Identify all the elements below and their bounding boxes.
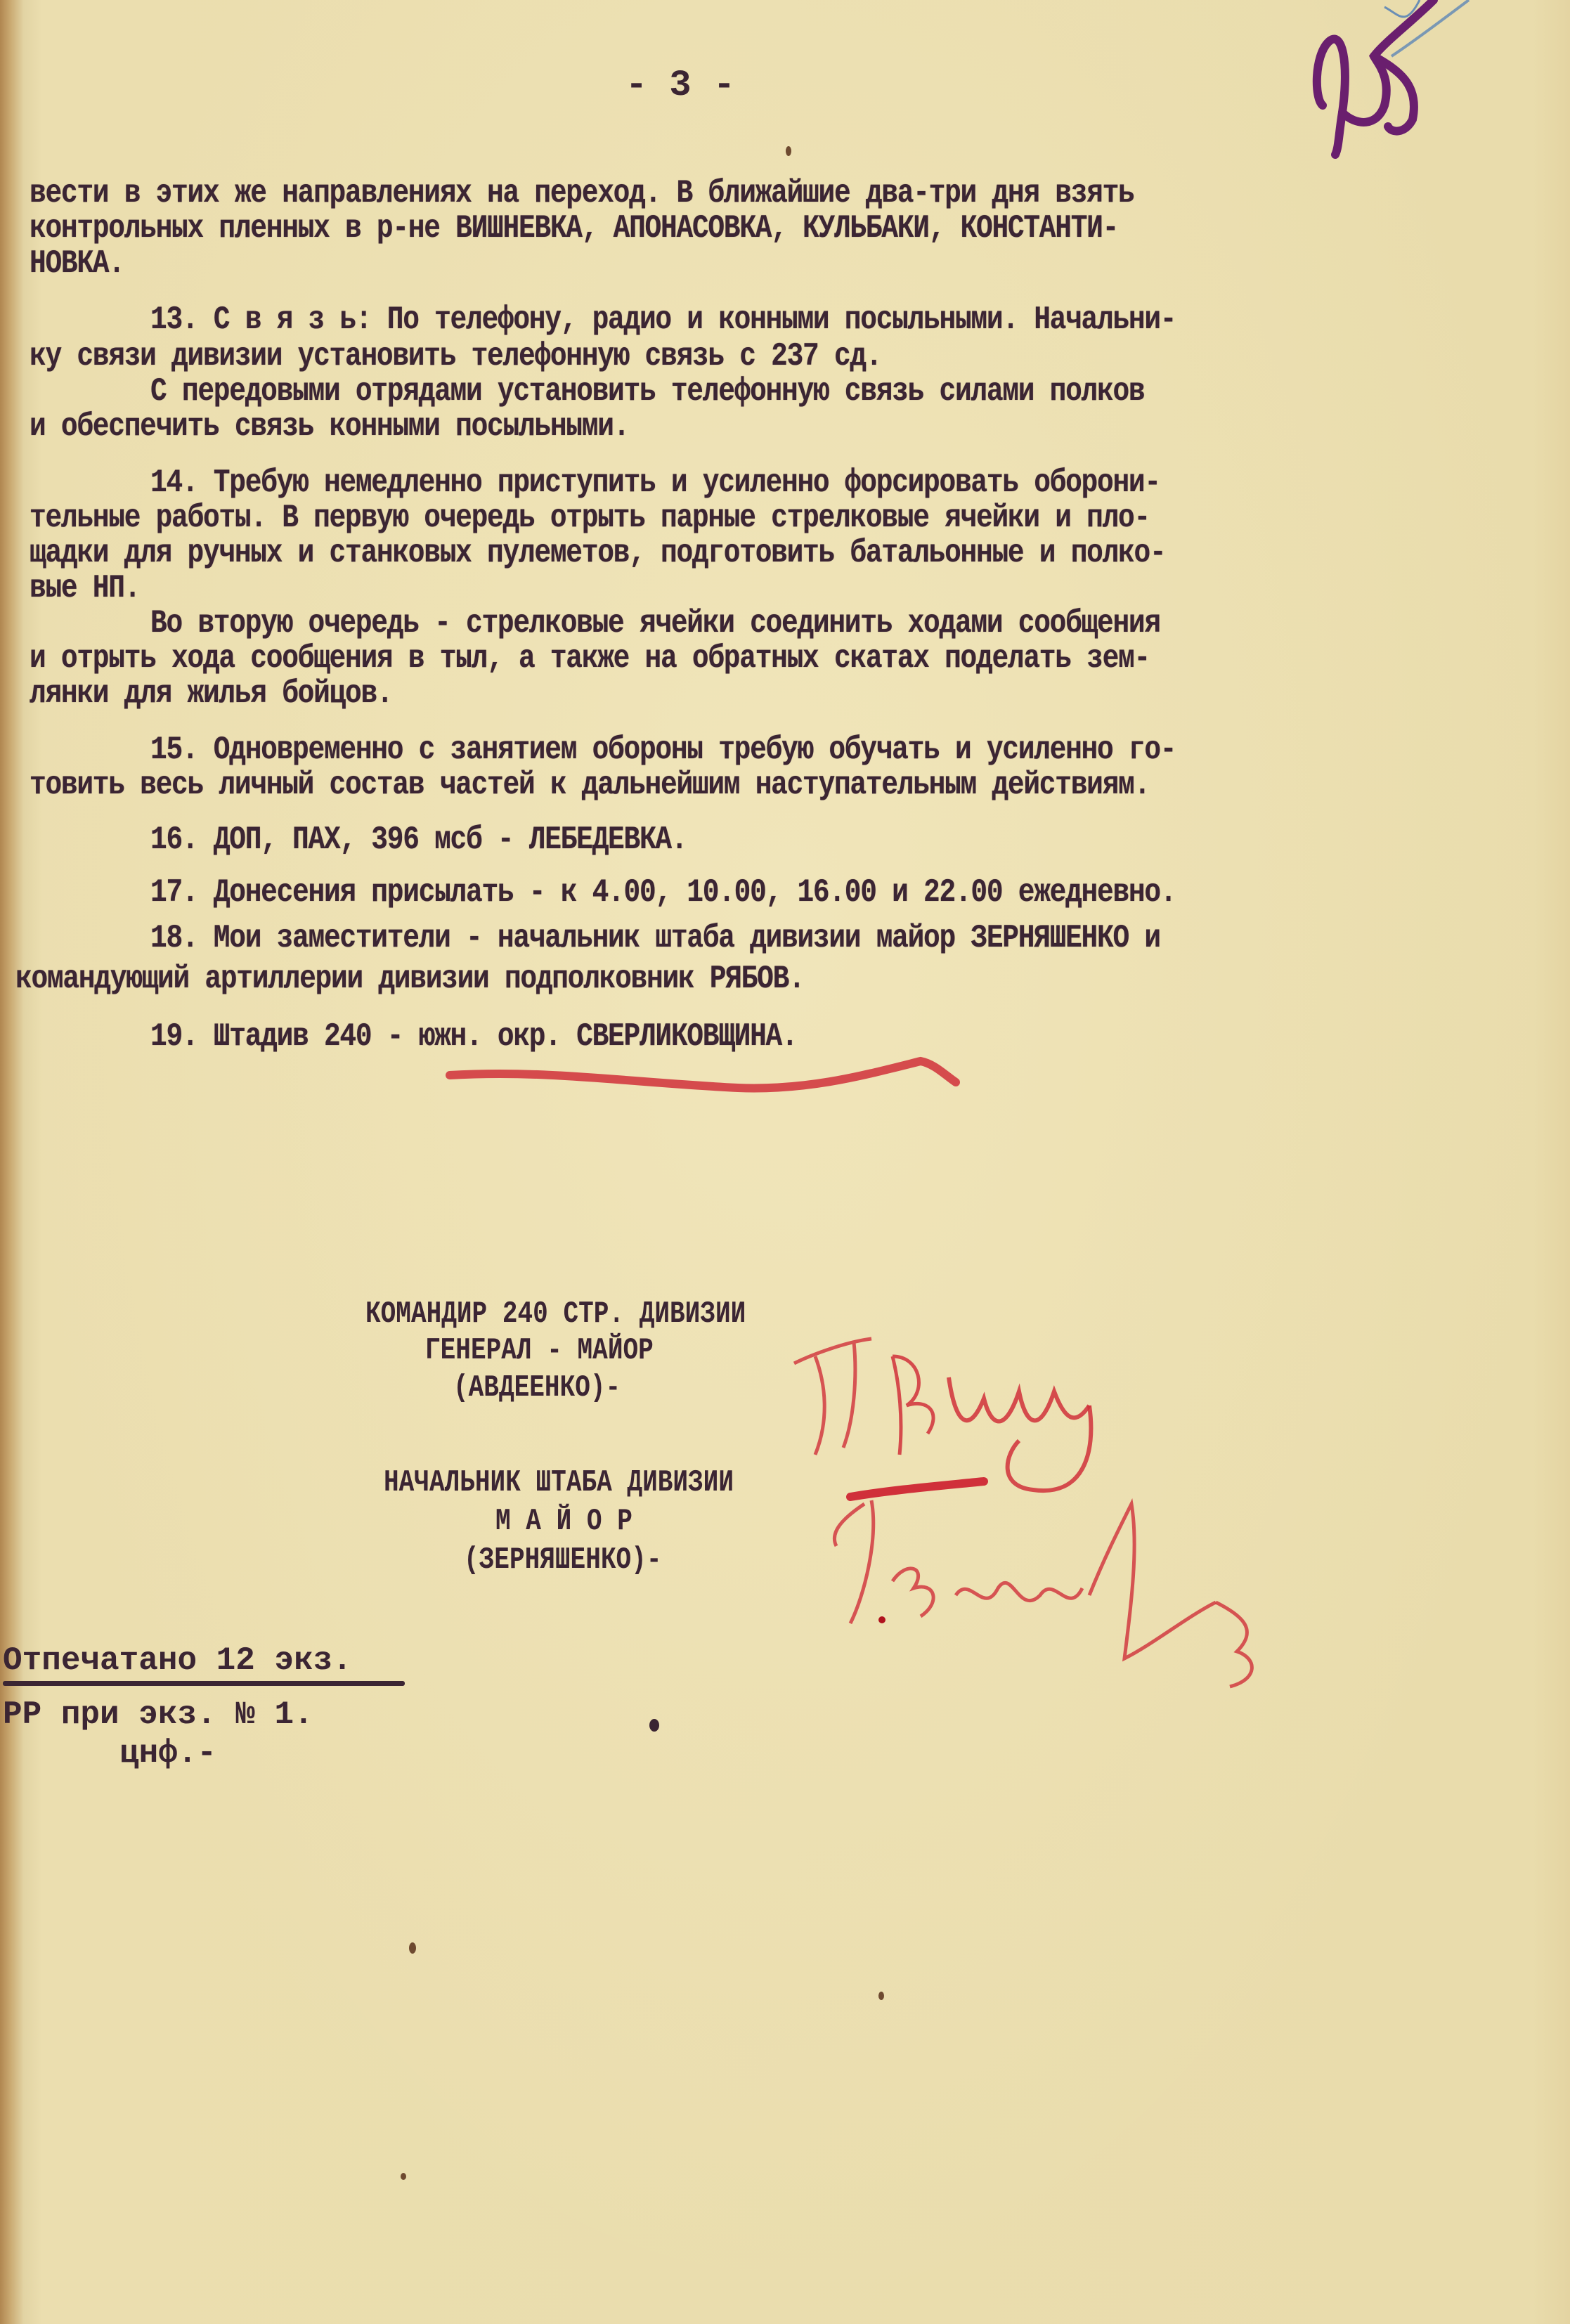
item-16-line: 16. ДОП, ПАХ, 396 мсб - ЛЕБЕДЕВКА. (150, 822, 687, 857)
item-17-line: 17. Донесения присылать - к 4.00, 10.00,… (150, 875, 1176, 910)
chief-of-staff-handwritten-signature (822, 1476, 1342, 1701)
item-18-line: командующий артиллерии дивизии подполков… (15, 961, 805, 997)
item-14-line: вые НП. (30, 571, 140, 606)
typist-code: цнф.- (119, 1736, 216, 1771)
item-15-line: товить весь личный состав частей к дальн… (30, 767, 1150, 803)
item-14-line: Во вторую очередь - стрелковые ячейки со… (150, 606, 1160, 641)
commander-title: КОМАНДИР 240 СТР. ДИВИЗИИ (365, 1297, 746, 1332)
paper-speck (649, 1719, 659, 1732)
item-13-line: ку связи дивизии установить телефонную с… (30, 339, 881, 374)
item-14-line: 14. Требую немедленно приступить и усиле… (150, 465, 1160, 500)
item-13-line: С передовыми отрядами установить телефон… (150, 374, 1144, 409)
item-13-line: 13. С в я з ь: По телефону, радио и конн… (150, 302, 1176, 337)
paper-speck (786, 146, 791, 156)
paper-speck (401, 2173, 406, 2180)
item-13-line: и обеспечить связь конными посыльными. (30, 409, 629, 444)
chief-of-staff-title: НАЧАЛЬНИК ШТАБА ДИВИЗИИ (384, 1465, 734, 1500)
svg-text:25: 25 (1441, 84, 1442, 85)
page-number: - 3 - (625, 65, 735, 106)
printed-copies-underline (3, 1681, 405, 1686)
commander-rank: ГЕНЕРАЛ - МАЙОР (425, 1333, 654, 1368)
item-19-line: 19. Штадив 240 - южн. окр. СВЕРЛИКОВЩИНА… (150, 1019, 797, 1054)
item-14-line: и отрыть хода сообщения в тыл, а также н… (30, 641, 1150, 676)
document-page: - 3 - 25 вести в этих же направлениях на… (0, 0, 1570, 2324)
copy-number-note: РР при экз. № 1. (3, 1697, 313, 1732)
item-14-line: щадки для ручных и станковых пулеметов, … (30, 535, 1165, 571)
chief-of-staff-rank: М А Й О Р (495, 1504, 632, 1539)
red-pencil-underline (443, 1054, 977, 1103)
item-18-line: 18. Мои заместители - начальник штаба ди… (150, 921, 1160, 956)
text-line: вести в этих же направлениях на переход.… (30, 176, 1134, 211)
paper-speck (878, 1992, 884, 2000)
item-15-line: 15. Одновременно с занятием обороны треб… (150, 732, 1176, 767)
commander-name: (АВДЕЕНКО)- (453, 1370, 621, 1406)
paper-speck (409, 1942, 416, 1954)
item-14-line: лянки для жилья бойцов. (30, 676, 392, 711)
item-14-line: тельные работы. В первую очередь отрыть … (30, 500, 1150, 535)
text-line: НОВКА. (30, 246, 124, 281)
text-line: контрольных пленных в р-не ВИШНЕВКА, АПО… (30, 211, 1118, 246)
chief-of-staff-name: (ЗЕРНЯШЕНКО)- (464, 1543, 661, 1578)
archive-sheet-number-handwritten: 25 (1300, 0, 1483, 162)
printed-copies-note: Отпечатано 12 экз. (3, 1643, 352, 1678)
